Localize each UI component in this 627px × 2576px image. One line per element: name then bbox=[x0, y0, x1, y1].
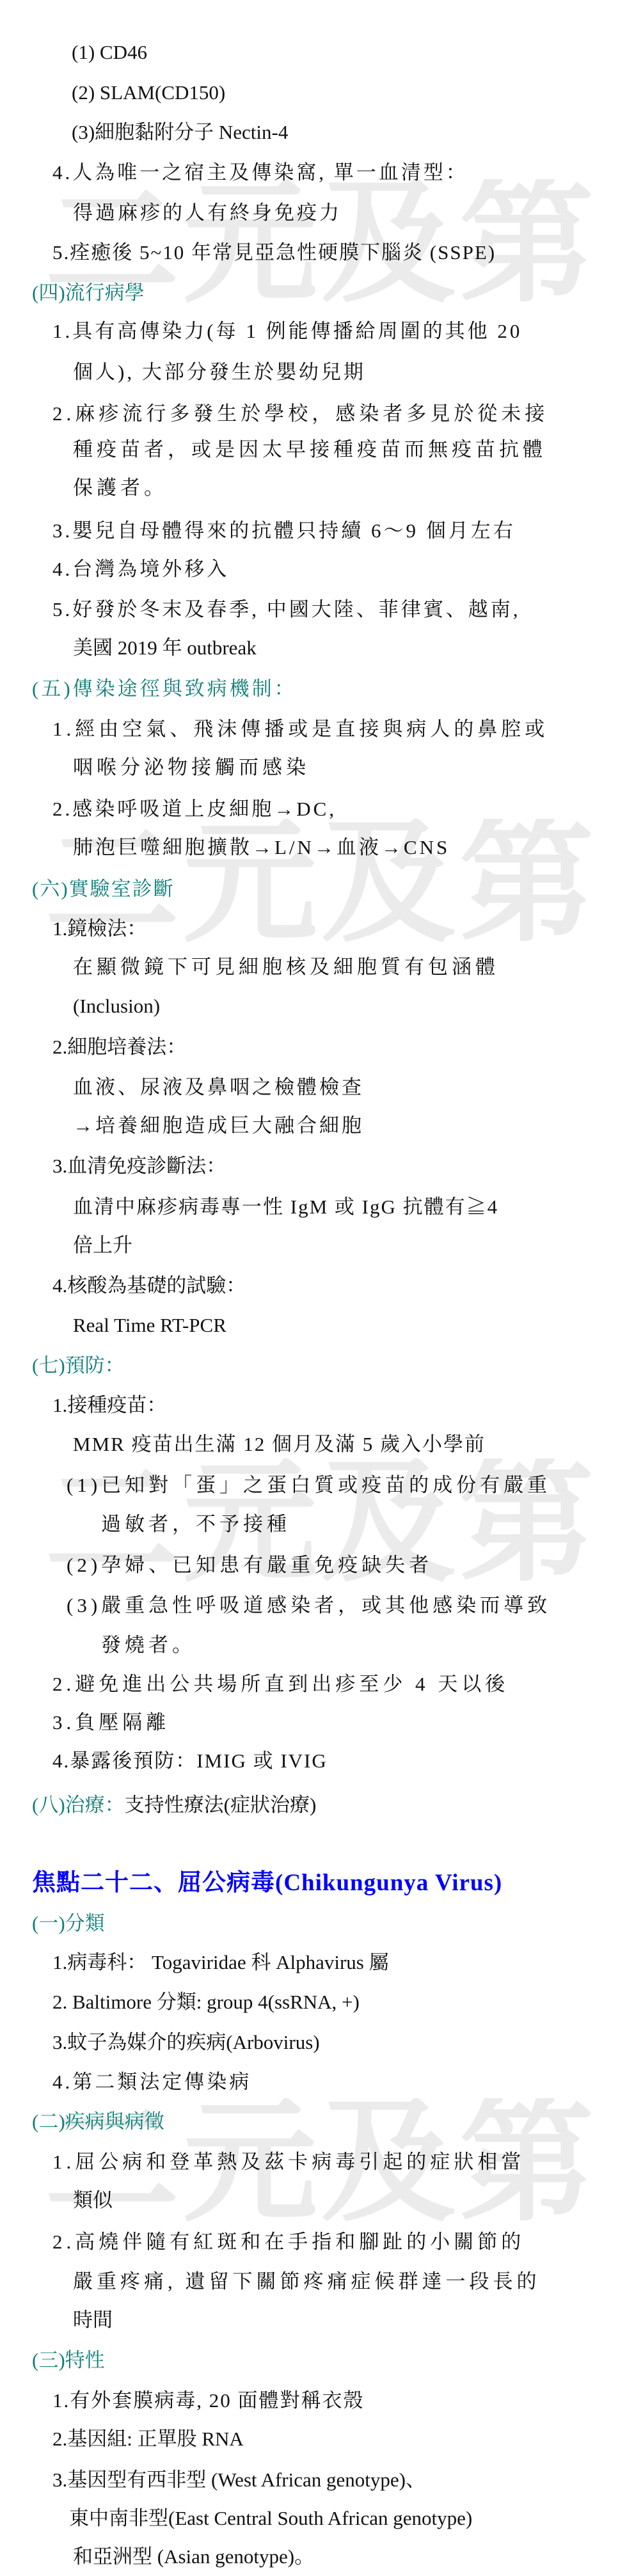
sub-item-continuation: 過敏者，不予接種 bbox=[101, 1512, 290, 1537]
list-item-continuation: 美國 2019 年 outbreak bbox=[73, 635, 257, 661]
list-item-continuation: 個人), 大部分發生於嬰幼兒期 bbox=[73, 360, 366, 385]
list-item: 1.鏡檢法： bbox=[52, 916, 147, 942]
list-item: 1.接種疫苗： bbox=[52, 1393, 166, 1418]
list-item: 1.病毒科： Togaviridae 科 Alphavirus 屬 bbox=[52, 1950, 389, 1975]
list-item: 5.好發於冬末及春季, 中國大陸、菲律賓、越南, bbox=[52, 597, 521, 622]
list-item-continuation: 在顯微鏡下可見細胞核及細胞質有包涵體 bbox=[73, 954, 499, 980]
section-heading-epidemiology: (四)流行病學 bbox=[32, 280, 145, 306]
section-heading-prevention: (七)預防： bbox=[32, 1353, 125, 1379]
sub-item: (2)孕婦、已知患有嚴重免疫缺失者 bbox=[67, 1553, 433, 1578]
list-item-continuation: 咽喉分泌物接觸而感染 bbox=[73, 755, 310, 780]
sub-item-continuation: 發燒者。 bbox=[101, 1632, 196, 1658]
section-heading-disease-signs: (二)疾病與病徵 bbox=[32, 2109, 164, 2135]
list-item-continuation: 血清中麻疹病毒專一性 IgM 或 IgG 抗體有≧4 bbox=[73, 1194, 498, 1220]
list-item-continuation: 和亞洲型 (Asian genotype)。 bbox=[73, 2544, 314, 2570]
treatment-line: (八)治療：支持性療法(症狀治療) bbox=[32, 1792, 316, 1818]
sub-item: (1)已知對「蛋」之蛋白質或疫苗的成份有嚴重 bbox=[67, 1473, 551, 1498]
section-heading-lab-diagnosis: (六)實驗室診斷 bbox=[32, 876, 175, 902]
list-item: 4.暴露後預防：IMIG 或 IVIG bbox=[52, 1748, 328, 1774]
section-heading-transmission: (五)傳染途徑與致病機制： bbox=[32, 676, 297, 702]
list-item: 3.嬰兒自母體得來的抗體只持續 6～9 個月左右 bbox=[52, 518, 516, 544]
list-item: 2.基因組: 正單股 RNA bbox=[52, 2426, 244, 2452]
list-item: 3.負壓隔離 bbox=[52, 1710, 170, 1735]
page-title: 焦點二十二、屈公病毒(Chikungunya Virus) bbox=[32, 1867, 502, 1900]
list-item: 1.屈公病和登革熱及茲卡病毒引起的症狀相當 bbox=[52, 2149, 525, 2175]
list-item-continuation: 時間 bbox=[73, 2307, 113, 2333]
list-item-continuation: 東中南非型(East Central South African genotyp… bbox=[69, 2506, 472, 2531]
list-item-continuation: 嚴重疼痛, 遺留下關節疼痛症候群達一段長的 bbox=[73, 2269, 541, 2295]
list-item: 3.基因型有西非型 (West African genotype)、 bbox=[52, 2467, 425, 2493]
list-item-continuation: 保護者。 bbox=[73, 475, 168, 501]
list-item-continuation: 得過麻疹的人有終身免疫力 bbox=[73, 200, 342, 226]
section-heading-characteristics: (三)特性 bbox=[32, 2348, 105, 2373]
list-item-continuation: 血液、尿液及鼻咽之檢體檢查 bbox=[73, 1075, 364, 1100]
list-item: 2.避免進出公共場所直到出疹至少 4 天以後 bbox=[52, 1671, 509, 1697]
list-item-continuation: (Inclusion) bbox=[73, 993, 160, 1019]
receptor-item: (1) CD46 bbox=[72, 40, 147, 65]
treatment-text: 支持性療法(症狀治療) bbox=[125, 1794, 317, 1816]
list-item: 4.第二類法定傳染病 bbox=[52, 2069, 251, 2095]
list-item: 2. Baltimore 分類: group 4(ssRNA, +) bbox=[52, 1989, 360, 2015]
list-item-continuation: MMR 疫苗出生滿 12 個月及滿 5 歲入小學前 bbox=[73, 1432, 486, 1457]
list-item-continuation: 倍上升 bbox=[73, 1233, 132, 1258]
list-item: 3.蚊子為媒介的疾病(Arbovirus) bbox=[52, 2030, 320, 2055]
section-heading-treatment: (八)治療： bbox=[32, 1794, 125, 1816]
list-item-continuation: Real Time RT-PCR bbox=[73, 1313, 226, 1338]
list-item: 4.台灣為境外移入 bbox=[52, 557, 229, 582]
list-item: 1.具有高傳染力(每 1 例能傳播給周圍的其他 20 bbox=[52, 319, 522, 344]
receptor-item: (2) SLAM(CD150) bbox=[72, 80, 225, 106]
list-item: 4.人為唯一之宿主及傳染窩, 單一血清型： bbox=[52, 160, 468, 186]
list-item: 2.麻疹流行多發生於學校，感染者多見於從未接 bbox=[52, 401, 548, 427]
list-item: 5.痊癒後 5~10 年常見亞急性硬膜下腦炎 (SSPE) bbox=[52, 240, 496, 265]
list-item-continuation: 類似 bbox=[73, 2188, 113, 2213]
list-item: 1.經由空氣、飛沫傳播或是直接與病人的鼻腔或 bbox=[52, 716, 548, 742]
list-item: 3.血清免疫診斷法： bbox=[52, 1153, 226, 1179]
list-item: 2.感染呼吸道上皮細胞→DC, bbox=[52, 796, 337, 822]
list-item: 2.細胞培養法： bbox=[52, 1034, 186, 1060]
section-heading-classification: (一)分類 bbox=[32, 1911, 105, 1936]
list-item: 1.有外套膜病毒, 20 面體對稱衣殼 bbox=[52, 2388, 365, 2414]
receptor-item: (3)細胞黏附分子 Nectin-4 bbox=[72, 120, 288, 145]
list-item-continuation: →培養細胞造成巨大融合細胞 bbox=[73, 1113, 364, 1139]
list-item: 4.核酸為基礎的試驗： bbox=[52, 1273, 246, 1299]
list-item: 2.高燒伴隨有紅斑和在手指和腳趾的小關節的 bbox=[52, 2229, 525, 2255]
list-item-continuation: 種疫苗者，或是因太早接種疫苗而無疫苗抗體 bbox=[73, 437, 546, 462]
sub-item: (3)嚴重急性呼吸道感染者，或其他感染而導致 bbox=[67, 1593, 551, 1618]
list-item-continuation: 肺泡巨噬細胞擴散→L/N→血液→CNS bbox=[73, 835, 450, 860]
